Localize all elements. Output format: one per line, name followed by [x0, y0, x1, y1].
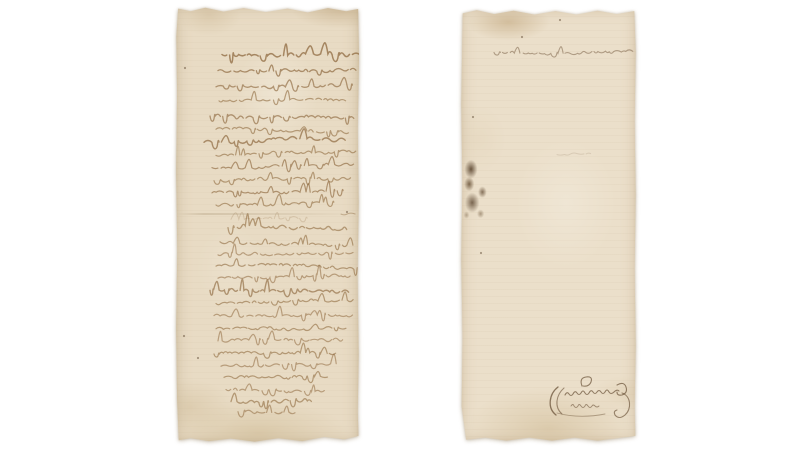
- signature-stroke: [581, 377, 591, 386]
- signature-stroke: [557, 388, 564, 414]
- manuscript-leaf-recto-wrap: [176, 6, 359, 442]
- signature-stroke: [565, 390, 619, 396]
- script-line: [214, 306, 353, 321]
- script-line: [216, 292, 355, 305]
- script-line: [216, 324, 346, 331]
- script-line: [219, 91, 349, 105]
- manuscript-leaf-verso: [461, 9, 636, 441]
- script-line: [210, 114, 354, 124]
- script-line: [218, 266, 350, 283]
- signature-stroke: [614, 393, 629, 418]
- script-line: [218, 65, 356, 76]
- script-line: [494, 47, 633, 57]
- script-line: [222, 43, 359, 63]
- ink-speck: [184, 67, 186, 69]
- recto-handwriting: [176, 6, 359, 442]
- script-line: [218, 244, 355, 259]
- ink-speck: [521, 36, 523, 38]
- script-line: [228, 214, 349, 235]
- manuscript-leaf-verso-wrap: [461, 9, 636, 441]
- script-line: [238, 405, 295, 417]
- ink-speck: [480, 252, 482, 254]
- verso-annotation-and-signature: [461, 9, 636, 441]
- ink-speck: [183, 335, 185, 337]
- script-line: [226, 384, 324, 396]
- script-line: [220, 235, 353, 249]
- script-line: [214, 343, 339, 358]
- ink-speck: [197, 357, 199, 359]
- ink-speck: [472, 116, 474, 118]
- manuscript-leaf-recto: [176, 6, 359, 442]
- ink-speck: [559, 19, 561, 21]
- fold-crease: [176, 213, 359, 215]
- script-line: [216, 146, 359, 158]
- script-line: [224, 371, 328, 382]
- signature-stroke: [557, 413, 605, 416]
- script-line: [212, 181, 343, 197]
- script-line: [216, 78, 352, 92]
- script-line: [218, 331, 343, 345]
- script-line: [210, 279, 349, 296]
- script-line: [214, 172, 351, 184]
- script-line: [557, 153, 593, 155]
- script-line: [216, 259, 358, 276]
- script-line: [212, 157, 354, 172]
- photograph-background: [0, 0, 800, 450]
- script-line: [216, 127, 348, 137]
- ink-blot: [462, 158, 492, 220]
- signature-stroke: [571, 405, 599, 408]
